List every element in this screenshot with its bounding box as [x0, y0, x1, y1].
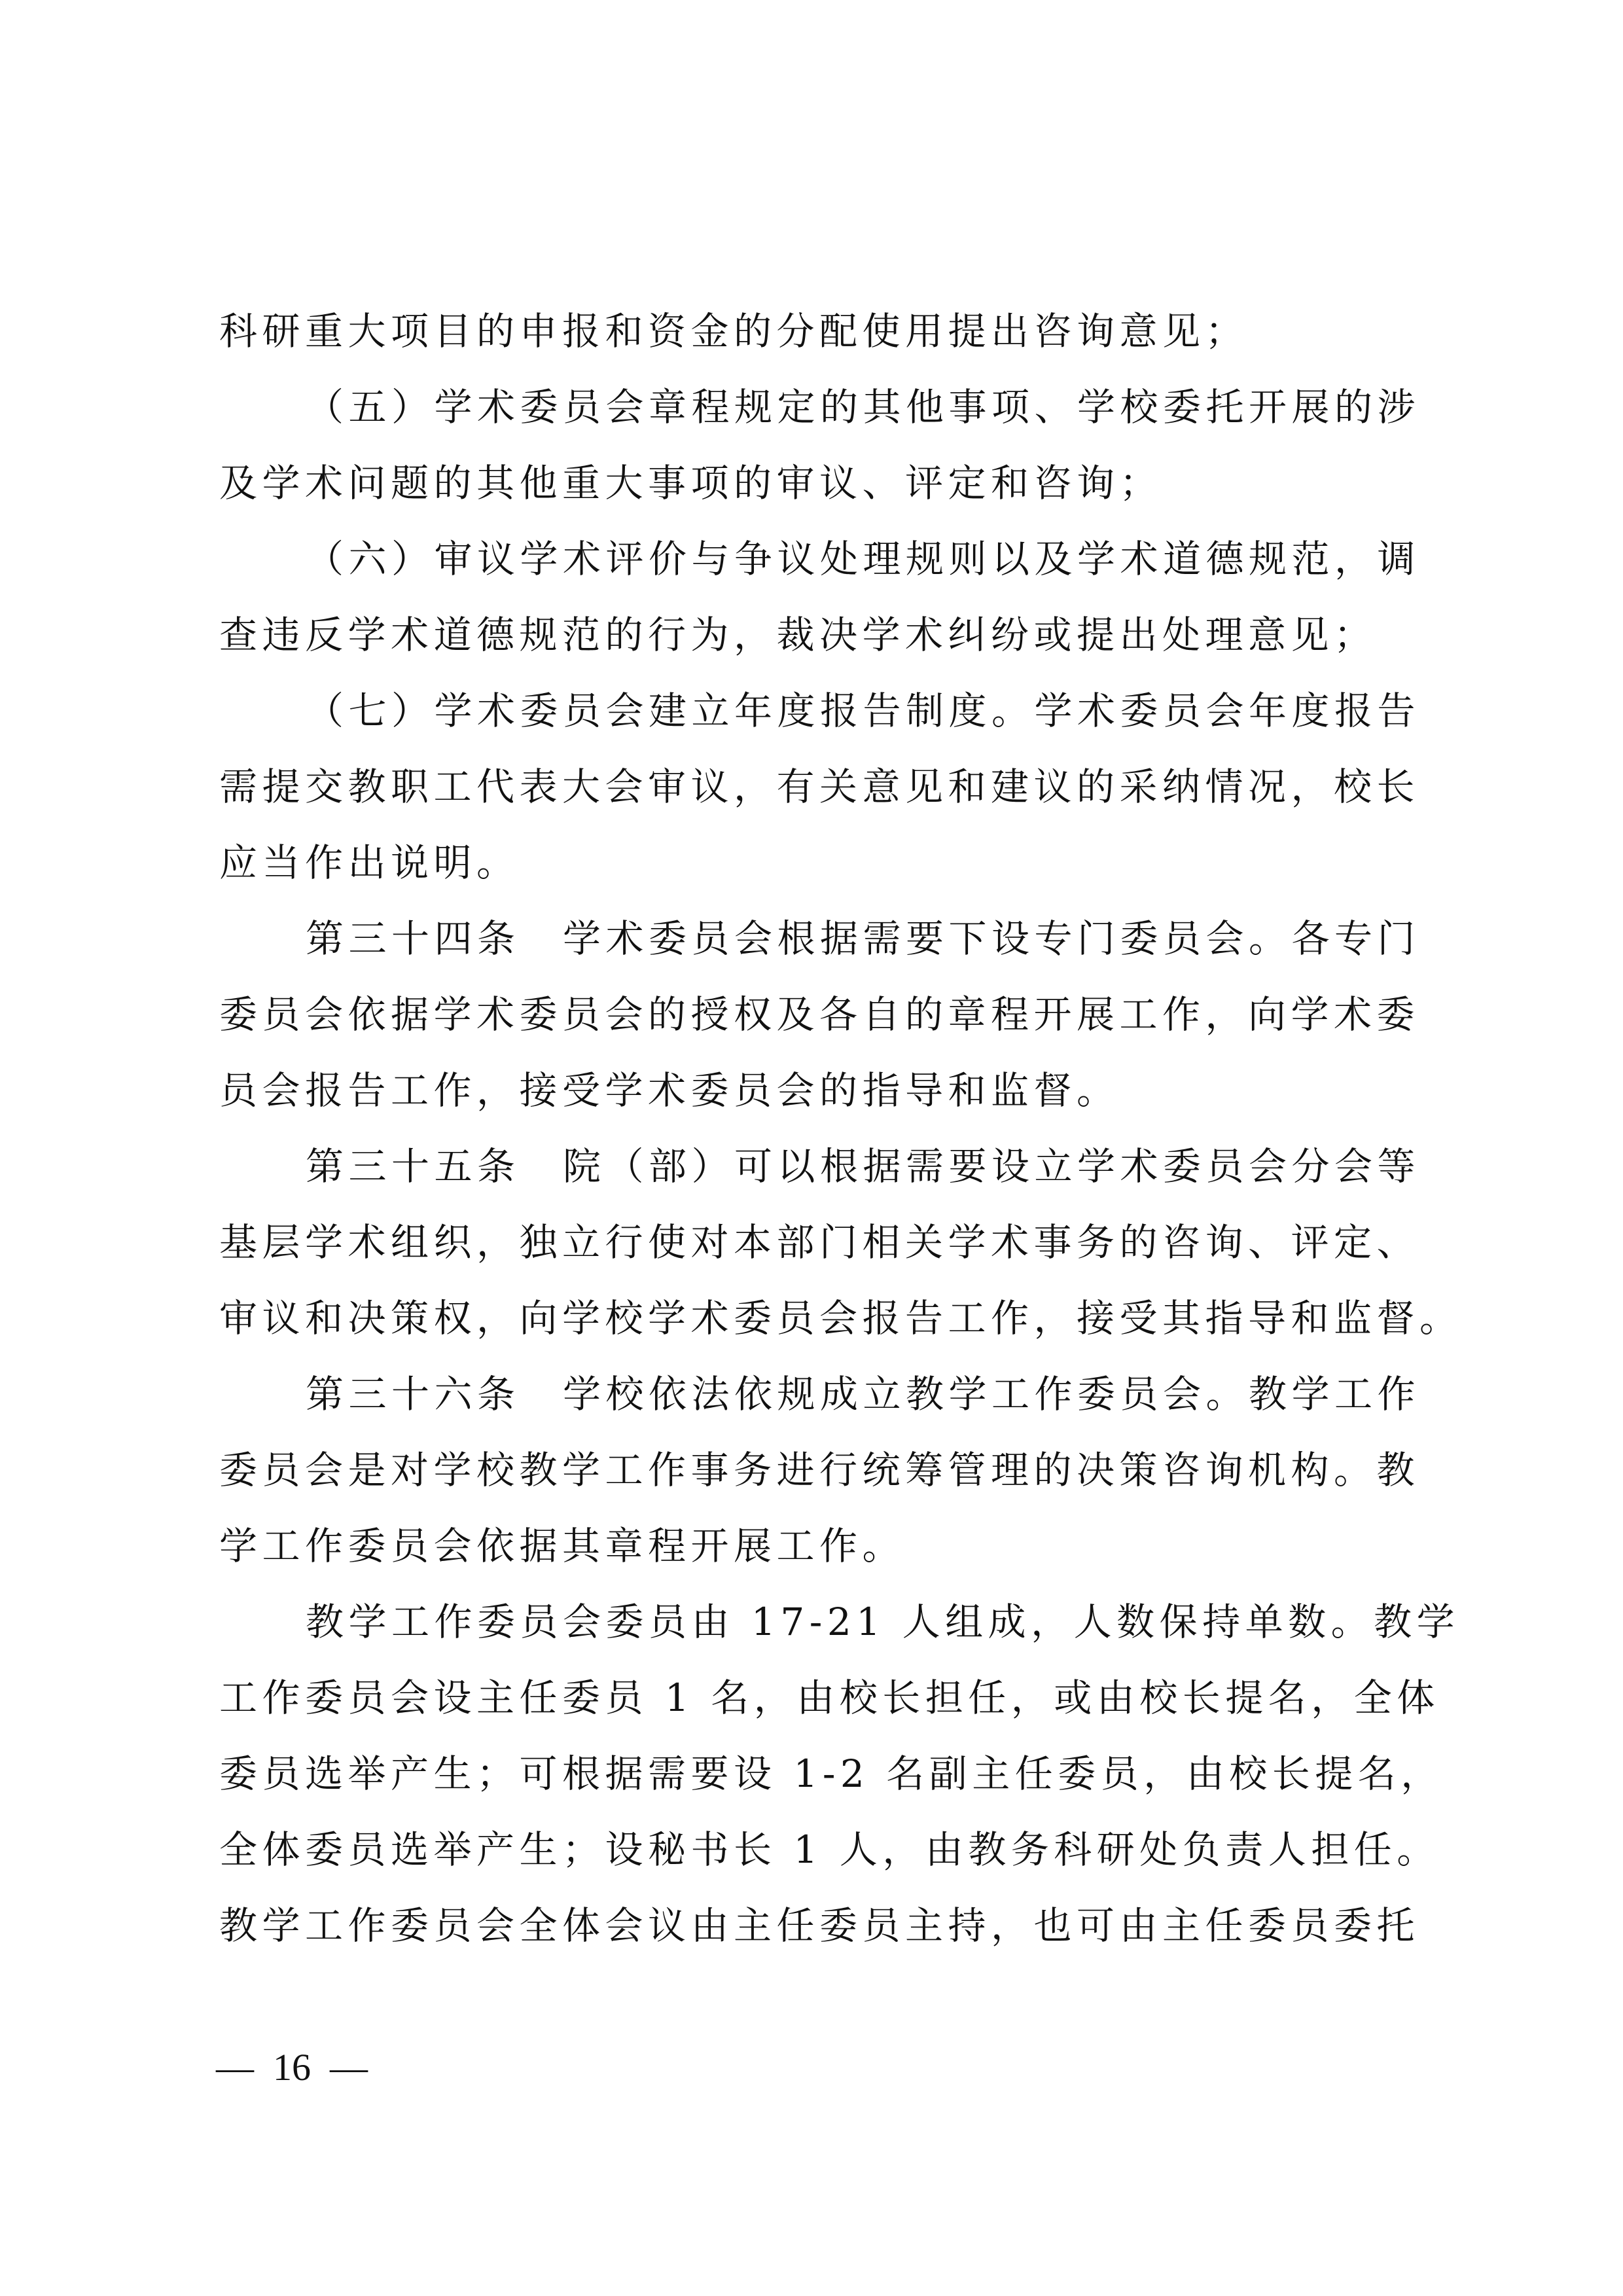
- text-line: 委员会是对学校教学工作事务进行统筹管理的决策咨询机构。教: [219, 1432, 1417, 1508]
- text-line-item-6: （六）审议学术评价与争议处理规则以及学术道德规范，调: [219, 521, 1417, 597]
- text-line: 需提交教职工代表大会审议，有关意见和建议的采纳情况，校长: [219, 749, 1417, 825]
- article-35: 第三十五条 院（部）可以根据需要设立学术委员会分会等: [219, 1128, 1417, 1204]
- text-line-continuation: 科研重大项目的申报和资金的分配使用提出咨询意见；: [219, 293, 1417, 369]
- text-line: 基层学术组织，独立行使对本部门相关学术事务的咨询、评定、: [219, 1204, 1417, 1280]
- paragraph-committee-members: 教学工作委员会委员由 17-21 人组成，人数保持单数。教学: [219, 1584, 1417, 1660]
- article-34: 第三十四条 学术委员会根据需要下设专门委员会。各专门: [219, 901, 1417, 977]
- text-line: 委员选举产生；可根据需要设 1-2 名副主任委员，由校长提名，: [219, 1736, 1417, 1812]
- text-line: 工作委员会设主任委员 1 名，由校长担任，或由校长提名，全体: [219, 1660, 1417, 1736]
- article-36: 第三十六条 学校依法依规成立教学工作委员会。教学工作: [219, 1356, 1417, 1432]
- document-body: 科研重大项目的申报和资金的分配使用提出咨询意见； （五）学术委员会章程规定的其他…: [219, 293, 1417, 1964]
- text-line: 全体委员选举产生；设秘书长 1 人，由教务科研处负责人担任。: [219, 1812, 1417, 1888]
- text-line: 教学工作委员会全体会议由主任委员主持，也可由主任委员委托: [219, 1888, 1417, 1964]
- text-line: 学工作委员会依据其章程开展工作。: [219, 1508, 1417, 1584]
- text-line: 查违反学术道德规范的行为，裁决学术纠纷或提出处理意见；: [219, 597, 1417, 673]
- page-number: — 16 —: [216, 2045, 368, 2089]
- document-page: 科研重大项目的申报和资金的分配使用提出咨询意见； （五）学术委员会章程规定的其他…: [0, 0, 1623, 2296]
- text-line: 员会报告工作，接受学术委员会的指导和监督。: [219, 1052, 1417, 1128]
- text-line: 审议和决策权，向学校学术委员会报告工作，接受其指导和监督。: [219, 1280, 1417, 1356]
- text-line: 及学术问题的其他重大事项的审议、评定和咨询；: [219, 445, 1417, 521]
- text-line-item-7: （七）学术委员会建立年度报告制度。学术委员会年度报告: [219, 673, 1417, 749]
- text-line: 委员会依据学术委员会的授权及各自的章程开展工作，向学术委: [219, 977, 1417, 1052]
- text-line-item-5: （五）学术委员会章程规定的其他事项、学校委托开展的涉: [219, 369, 1417, 445]
- text-line: 应当作出说明。: [219, 825, 1417, 901]
